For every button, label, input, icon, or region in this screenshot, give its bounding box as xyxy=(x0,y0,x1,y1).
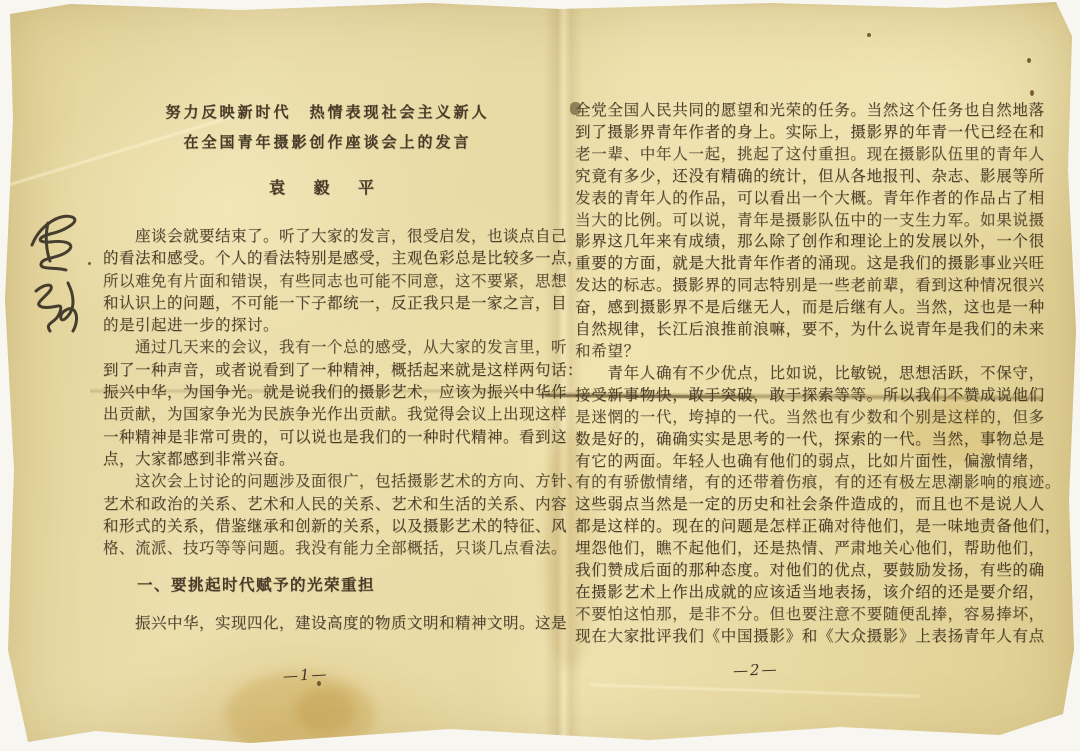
text-line: 在摄影艺术上作出成就的应该适当地表扬，该介绍的还是要介绍， xyxy=(575,582,1039,604)
text-line: 艺术和政治的关系、艺术和人民的关系、艺术和生活的关系、内容 xyxy=(103,494,552,516)
text-line: 一种精神是非常可贵的，可以说也是我们的一种时代精神。看到这 xyxy=(103,427,552,449)
text-line: 和认识上的问题，不可能一下子都统一，反正我只是一家之言，目 xyxy=(103,293,552,315)
text-line: 座谈会就要结束了。听了大家的发言，很受启发，也谈点自己 xyxy=(103,226,552,248)
page-2-number: —2— xyxy=(733,660,779,680)
text-line: 振兴中华，实现四化，建设高度的物质文明和精神文明。这是 xyxy=(103,613,552,635)
text-line: 的看法和感受。个人的看法特别是感受，主观色彩总是比较多一点， xyxy=(103,248,552,270)
document-title: 努力反映新时代 热情表现社会主义新人 xyxy=(103,98,552,128)
text-line: 是迷惘的一代，垮掉的一代。当然也有少数和个别是这样的，但多 xyxy=(575,407,1039,429)
text-line: 都是这样的。现在的问题是怎样正确对待他们，是一味地责备他们， xyxy=(575,516,1039,538)
page-1-number: —1— xyxy=(283,665,329,685)
text-line: 振兴中华，为国争光。就是说我们的摄影艺术，应该为振兴中华作 xyxy=(103,382,552,404)
text-line: 埋怨他们，瞧不起他们，还是热情、严肃地关心他们，帮助他们， xyxy=(575,538,1039,560)
text-line: 有的有骄傲情绪，有的还带着伤痕，有的还有极左思潮影响的痕迹。 xyxy=(575,472,1039,494)
text-line: 所以难免有片面和错误，有些同志也可能不同意，这不要紧，思想 xyxy=(103,271,552,293)
text-line: 影界这几年来有成绩，那么除了创作和理论上的发展以外，一个很 xyxy=(575,231,1039,253)
text-line: 重要的方面，就是大批青年作者的涌现。这是我们的摄影事业兴旺 xyxy=(575,253,1039,275)
text-line: 这些弱点当然是一定的历史和社会条件造成的，而且也不是说人人 xyxy=(575,494,1039,516)
text-line: 奋，感到摄影界不是后继无人，而是后继有人。当然，这也是一种 xyxy=(575,297,1039,319)
handwritten-signature xyxy=(12,203,104,343)
ink-speck xyxy=(1030,90,1034,96)
text-line: 接受新事物快，敢于突破，敢于探索等等。所以我们不赞成说他们 xyxy=(575,385,1039,407)
page-2-body: 全党全国人民共同的愿望和光荣的任务。当然这个任务也自然地落到了摄影界青年作者的身… xyxy=(575,100,1039,648)
page-1: 努力反映新时代 热情表现社会主义新人 在全国青年摄影创作座谈会上的发言 袁 毅 … xyxy=(103,98,552,635)
text-line: 这次会上讨论的问题涉及面很广，包括摄影艺术的方向、方针、 xyxy=(103,471,552,493)
text-line: 格、流派、技巧等等问题。我没有能力全部概括，只谈几点看法。 xyxy=(103,538,552,560)
page-1-body: 座谈会就要结束了。听了大家的发言，很受启发，也谈点自己的看法和感受。个人的看法特… xyxy=(103,226,552,635)
scanned-paper-sheet: 努力反映新时代 热情表现社会主义新人 在全国青年摄影创作座谈会上的发言 袁 毅 … xyxy=(0,0,1080,751)
paper-stain xyxy=(295,688,355,733)
text-line: 点，大家都感到非常兴奋。 xyxy=(103,449,552,471)
author-name: 袁 毅 平 xyxy=(103,178,552,200)
ink-speck xyxy=(1027,58,1031,63)
text-line: 当大的比例。可以说，青年是摄影队伍中的一支生力军。如果说摄 xyxy=(575,210,1039,232)
section-heading: 一、要挑起时代赋予的光荣重担 xyxy=(103,575,552,597)
page-2: 全党全国人民共同的愿望和光荣的任务。当然这个任务也自然地落到了摄影界青年作者的身… xyxy=(575,100,1039,648)
text-line: 发表的青年人的作品，可以看出一个大概。青年作者的作品占了相 xyxy=(575,188,1039,210)
text-line: 数是好的，确确实实是思考的一代，探索的一代。当然，事物总是 xyxy=(575,429,1039,451)
text-line: 老一辈、中年人一起，挑起了这付重担。现在摄影队伍里的青年人 xyxy=(575,144,1039,166)
text-line: 有它的两面。年轻人也确有他们的弱点，比如片面性，偏激情绪， xyxy=(575,451,1039,473)
document-subtitle: 在全国青年摄影创作座谈会上的发言 xyxy=(103,128,552,158)
text-line: 全党全国人民共同的愿望和光荣的任务。当然这个任务也自然地落 xyxy=(575,100,1039,122)
wrinkle-crease xyxy=(590,682,920,699)
text-line: 发达的标志。摄影界的同志特别是一些老前辈，看到这种情况很兴 xyxy=(575,275,1039,297)
text-line: 自然规律，长江后浪推前浪嘛，要不，为什么说青年是我们的未来 xyxy=(575,319,1039,341)
text-line: 现在大家批评我们《中国摄影》和《大众摄影》上表扬青年人有点 xyxy=(575,626,1039,648)
text-line: 到了一种声音，或者说看到了一种精神，概括起来就是这样两句话： xyxy=(103,360,552,382)
text-line: 和希望？ xyxy=(575,341,1039,363)
text-line: 青年人确有不少优点，比如说，比敏锐，思想活跃，不保守， xyxy=(575,363,1039,385)
text-line: 出贡献，为国家争光为民族争光作出贡献。我觉得会议上出现这样 xyxy=(103,404,552,426)
text-line: 和形式的关系，借鉴继承和创新的关系，以及摄影艺术的特征、风 xyxy=(103,516,552,538)
text-line: 究竟有多少，还没有精确的统计，但从各地报刊、杂志、影展等所 xyxy=(575,166,1039,188)
text-line: 不要怕这怕那，是非不分。但也要注意不要随便乱捧，容易捧坏， xyxy=(575,604,1039,626)
text-line: 的是引起进一步的探讨。 xyxy=(103,315,552,337)
text-line: 我们赞成后面的那种态度。对他们的优点，要鼓励发扬，有些的确 xyxy=(575,560,1039,582)
text-line: 到了摄影界青年作者的身上。实际上，摄影界的年青一代已经在和 xyxy=(575,122,1039,144)
text-line: 通过几天来的会议，我有一个总的感受，从大家的发言里，听 xyxy=(103,337,552,359)
ink-speck xyxy=(867,33,871,37)
